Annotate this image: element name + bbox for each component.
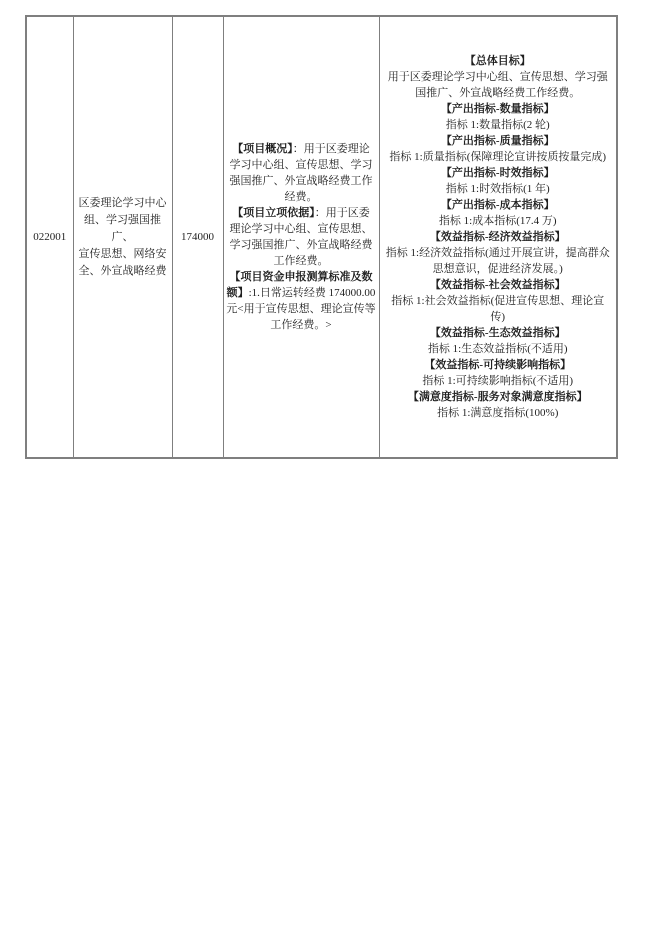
project-overview-cell: 【项目概况】：用于区委理论学习中心组、宣传思想、学习强国推广、外宣战略经费工作经… [224,17,380,457]
project-code-cell: 022001 [27,17,74,457]
text-line: 【项目概况】：用于区委理论 [225,141,378,157]
text-line: 指标 1:可持续影响指标(不适用) [381,373,616,389]
text-line: 组、学习强国推广、 [75,212,171,246]
text-line: 额】:1.日常运转经费 174000.00 [225,285,378,301]
text-line: 【总体目标】 [381,53,616,69]
text-line: 指标 1:经济效益指标(通过开展宣讲，提高群众 [381,245,616,261]
text-line: 学习中心组、宣传思想、学习 [225,157,378,173]
text-line: 【项目立项依据】：用于区委 [225,205,378,221]
text-line: 理论学习中心组、宣传思想、 [225,221,378,237]
text-line: 【效益指标-可持续影响指标】 [381,357,616,373]
text-line: 指标 1:生态效益指标(不适用) [381,341,616,357]
text-line: 强国推广、外宣战略经费工作 [225,173,378,189]
text-line: 工作经费。 [225,253,378,269]
document-page: 022001 区委理论学习中心组、学习强国推广、宣传思想、网络安全、外宣战略经费… [0,0,655,931]
text-line: 区委理论学习中心 [75,195,171,212]
amount-cell: 174000 [173,17,224,457]
text-line: 指标 1:满意度指标(100%) [381,405,616,421]
performance-targets-cell: 【总体目标】用于区委理论学习中心组、宣传思想、学习强国推广、外宣战略经费工作经费… [380,17,617,457]
text-line: 【效益指标-经济效益指标】 [381,229,616,245]
text-line: 指标 1:质量指标(保障理论宣讲按质按量完成) [381,149,616,165]
text-line: 宣传思想、网络安 [75,246,171,263]
budget-project-table: 022001 区委理论学习中心组、学习强国推广、宣传思想、网络安全、外宣战略经费… [25,15,618,459]
text-line: 全、外宣战略经费 [75,263,171,280]
text-line: 【项目资金申报测算标准及数 [225,269,378,285]
text-line: 经费。 [225,189,378,205]
text-line: 【产出指标-数量指标】 [381,101,616,117]
text-line: 学习强国推广、外宣战略经费 [225,237,378,253]
text-line: 国推广、外宣战略经费工作经费。 [381,85,616,101]
text-line: 【产出指标-时效指标】 [381,165,616,181]
text-line: 【效益指标-社会效益指标】 [381,277,616,293]
text-line: 【效益指标-生态效益指标】 [381,325,616,341]
text-line: 指标 1:成本指标(17.4 万) [381,213,616,229]
text-line: 指标 1:时效指标(1 年) [381,181,616,197]
text-line: 【产出指标-质量指标】 [381,133,616,149]
text-line: 【产出指标-成本指标】 [381,197,616,213]
text-line: 思想意识，促进经济发展。) [381,261,616,277]
text-line: 传) [381,309,616,325]
project-name-cell: 区委理论学习中心组、学习强国推广、宣传思想、网络安全、外宣战略经费 [74,17,173,457]
text-line: 【满意度指标-服务对象满意度指标】 [381,389,616,405]
text-line: 指标 1:数量指标(2 轮) [381,117,616,133]
text-line: 工作经费。> [225,317,378,333]
text-line: 指标 1:社会效益指标(促进宣传思想、理论宣 [381,293,616,309]
amount-value: 174000 [173,229,223,245]
text-line: 元<用于宣传思想、理论宣传等 [225,301,378,317]
text-line: 用于区委理论学习中心组、宣传思想、学习强 [381,69,616,85]
project-code: 022001 [27,229,73,245]
